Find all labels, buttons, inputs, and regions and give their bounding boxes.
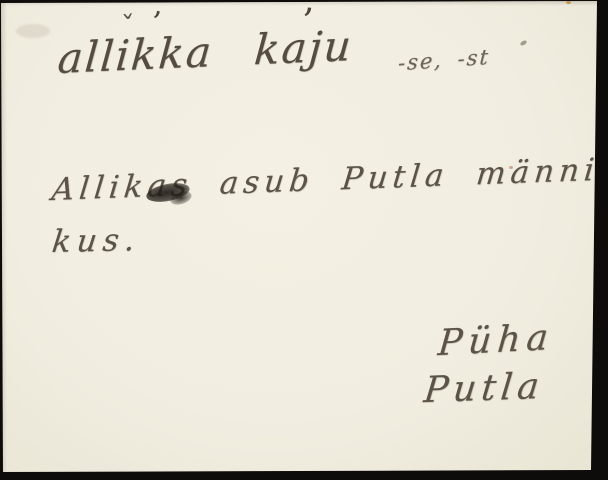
index-card: allikka kaju ˇ ʼ ʼ -se, -st Allikas asub… xyxy=(0,0,608,480)
paper-smudge xyxy=(16,24,50,38)
stray-pen-mark xyxy=(519,40,527,47)
scanned-card-photo: allikka kaju ˇ ʼ ʼ -se, -st Allikas asub… xyxy=(0,0,608,480)
body-text-line-2: kus. xyxy=(50,222,143,260)
village-name-text: Putla xyxy=(422,366,546,411)
body-text-line-1: Allikas asub Putla männi- xyxy=(50,151,608,208)
caron-diacritic-mark: ˇ xyxy=(120,9,137,43)
paper-speck xyxy=(566,1,571,4)
case-endings-text: -se, -st xyxy=(397,45,490,76)
parish-name-text: Püha xyxy=(436,317,556,364)
paper-speck xyxy=(509,166,513,169)
